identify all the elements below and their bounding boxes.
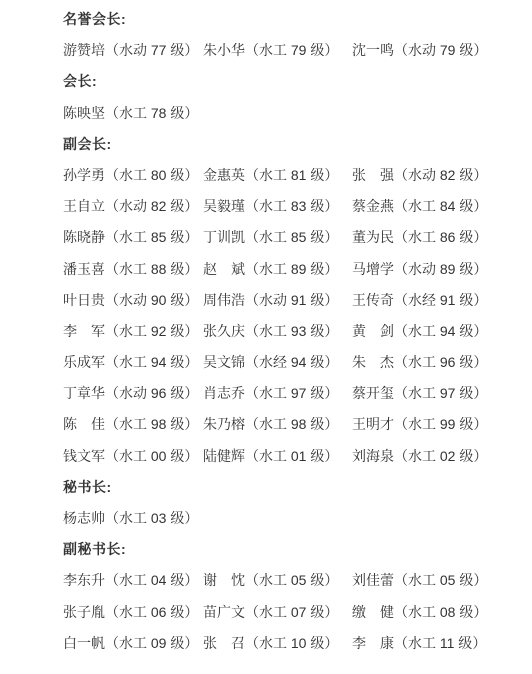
- paren-close: ）: [324, 416, 338, 432]
- paren-close: ）: [473, 572, 487, 588]
- member-class-year: 水工 99 级: [408, 416, 473, 432]
- member-class-year: 水工 93 级: [259, 323, 324, 339]
- paren-open: （: [394, 572, 408, 588]
- paren-open: （: [394, 261, 408, 277]
- member-class-year: 水工 02 级: [408, 448, 473, 464]
- officer-list-document: 名誉会长:游赞培（水动 77 级）朱小华（水工 79 级）沈一鸣（水动 79 级…: [0, 0, 532, 674]
- paren-close: ）: [473, 229, 487, 245]
- member-entry: 董为民（水工 86 级）: [352, 222, 514, 253]
- member-name: 朱乃榕: [203, 416, 245, 432]
- paren-close: ）: [324, 261, 338, 277]
- paren-open: （: [105, 42, 119, 58]
- paren-open: （: [105, 354, 119, 370]
- paren-close: ）: [324, 292, 338, 308]
- member-entry: 丁章华（水动 96 级）: [63, 378, 203, 409]
- member-name: 董为民: [352, 229, 394, 245]
- member-row: 游赞培（水动 77 级）朱小华（水工 79 级）沈一鸣（水动 79 级）: [63, 35, 514, 66]
- paren-close: ）: [324, 385, 338, 401]
- member-class-year: 水动 77 级: [119, 42, 184, 58]
- member-name: 黄 剑: [352, 323, 394, 339]
- member-class-year: 水工 06 级: [119, 604, 184, 620]
- member-name: 陈晓静: [63, 229, 105, 245]
- member-entry: 张 召（水工 10 级）: [203, 628, 352, 659]
- member-entry: 蔡金燕（水工 84 级）: [352, 191, 514, 222]
- member-class-year: 水工 97 级: [408, 385, 473, 401]
- member-entry: 李 军（水工 92 级）: [63, 316, 203, 347]
- paren-open: （: [245, 292, 259, 308]
- paren-open: （: [105, 292, 119, 308]
- member-name: 潘玉喜: [63, 261, 105, 277]
- member-name: 李 军: [63, 323, 105, 339]
- member-class-year: 水工 97 级: [259, 385, 324, 401]
- member-name: 马增学: [352, 261, 394, 277]
- member-row: 陈映坚（水工 78 级）: [63, 98, 514, 129]
- paren-open: （: [245, 448, 259, 464]
- member-class-year: 水工 11 级: [408, 635, 472, 651]
- section-heading: 副秘书长:: [63, 534, 514, 565]
- member-entry: 杨志帅（水工 03 级）: [63, 503, 203, 534]
- member-class-year: 水工 94 级: [408, 323, 473, 339]
- member-row: 陈晓静（水工 85 级）丁训凯（水工 85 级）董为民（水工 86 级）: [63, 222, 514, 253]
- paren-close: ）: [184, 385, 198, 401]
- member-name: 叶日贵: [63, 292, 105, 308]
- member-name: 陆健辉: [203, 448, 245, 464]
- member-class-year: 水工 85 级: [119, 229, 184, 245]
- paren-open: （: [245, 416, 259, 432]
- paren-close: ）: [324, 572, 338, 588]
- member-row: 丁章华（水动 96 级）肖志乔（水工 97 级）蔡开玺（水工 97 级）: [63, 378, 514, 409]
- paren-open: （: [394, 42, 408, 58]
- member-name: 肖志乔: [203, 385, 245, 401]
- paren-close: ）: [184, 604, 198, 620]
- paren-open: （: [245, 323, 259, 339]
- member-class-year: 水动 89 级: [408, 261, 473, 277]
- member-entry: 王明才（水工 99 级）: [352, 409, 514, 440]
- member-entry: 孙学勇（水工 80 级）: [63, 160, 203, 191]
- paren-close: ）: [324, 354, 338, 370]
- member-class-year: 水动 96 级: [119, 385, 184, 401]
- member-entry: 游赞培（水动 77 级）: [63, 35, 203, 66]
- member-class-year: 水工 92 级: [119, 323, 184, 339]
- paren-close: ）: [324, 167, 338, 183]
- member-name: 朱 杰: [352, 354, 394, 370]
- member-name: 刘海泉: [352, 448, 394, 464]
- member-name: 丁训凯: [203, 229, 245, 245]
- member-entry: 刘海泉（水工 02 级）: [352, 441, 514, 472]
- member-row: 潘玉喜（水工 88 级）赵 斌（水工 89 级）马增学（水动 89 级）: [63, 254, 514, 285]
- member-entry: 王传奇（水经 91 级）: [352, 285, 514, 316]
- paren-close: ）: [184, 635, 198, 651]
- member-name: 王明才: [352, 416, 394, 432]
- member-entry: 朱 杰（水工 96 级）: [352, 347, 514, 378]
- section-heading: 名誉会长:: [63, 4, 514, 35]
- paren-open: （: [105, 105, 119, 121]
- paren-close: ）: [184, 572, 198, 588]
- member-class-year: 水工 08 级: [408, 604, 473, 620]
- member-name: 沈一鸣: [352, 42, 394, 58]
- paren-open: （: [394, 448, 408, 464]
- member-name: 李 康: [352, 635, 394, 651]
- member-class-year: 水工 79 级: [259, 42, 324, 58]
- paren-open: （: [105, 323, 119, 339]
- member-name: 朱小华: [203, 42, 245, 58]
- member-name: 杨志帅: [63, 510, 105, 526]
- member-entry: 乐成军（水工 94 级）: [63, 347, 203, 378]
- paren-close: ）: [473, 323, 487, 339]
- member-entry: 陈映坚（水工 78 级）: [63, 98, 203, 129]
- paren-close: ）: [184, 510, 198, 526]
- member-entry: 沈一鸣（水动 79 级）: [352, 35, 514, 66]
- member-class-year: 水工 10 级: [259, 635, 324, 651]
- member-class-year: 水工 89 级: [259, 261, 324, 277]
- paren-close: ）: [184, 354, 198, 370]
- member-entry: 马增学（水动 89 级）: [352, 254, 514, 285]
- paren-open: （: [394, 292, 408, 308]
- member-row: 钱文军（水工 00 级）陆健辉（水工 01 级）刘海泉（水工 02 级）: [63, 441, 514, 472]
- member-name: 张久庆: [203, 323, 245, 339]
- paren-close: ）: [184, 198, 198, 214]
- member-entry: 金惠英（水工 81 级）: [203, 160, 352, 191]
- member-class-year: 水工 86 级: [408, 229, 473, 245]
- member-row: 杨志帅（水工 03 级）: [63, 503, 514, 534]
- member-class-year: 水工 84 级: [408, 198, 473, 214]
- section-heading: 秘书长:: [63, 472, 514, 503]
- paren-open: （: [245, 354, 259, 370]
- paren-close: ）: [184, 416, 198, 432]
- member-class-year: 水工 07 级: [259, 604, 324, 620]
- member-name: 赵 斌: [203, 261, 245, 277]
- member-class-year: 水工 94 级: [119, 354, 184, 370]
- member-entry: 吴毅瑾（水工 83 级）: [203, 191, 352, 222]
- member-entry: 张 强（水动 82 级）: [352, 160, 514, 191]
- member-entry: 李 康（水工 11 级）: [352, 628, 514, 659]
- member-class-year: 水经 91 级: [408, 292, 473, 308]
- member-name: 乐成军: [63, 354, 105, 370]
- section-heading: 副会长:: [63, 129, 514, 160]
- paren-open: （: [394, 323, 408, 339]
- paren-close: ）: [324, 198, 338, 214]
- member-class-year: 水工 05 级: [408, 572, 473, 588]
- section-heading: 会长:: [63, 66, 514, 97]
- member-class-year: 水工 04 级: [119, 572, 184, 588]
- member-entry: 赵 斌（水工 89 级）: [203, 254, 352, 285]
- paren-close: ）: [473, 42, 487, 58]
- paren-open: （: [394, 167, 408, 183]
- member-name: 丁章华: [63, 385, 105, 401]
- paren-open: （: [245, 635, 259, 651]
- paren-open: （: [245, 572, 259, 588]
- paren-close: ）: [324, 448, 338, 464]
- member-row: 张子胤（水工 06 级）苗广文（水工 07 级）缴 健（水工 08 级）: [63, 597, 514, 628]
- member-name: 陈映坚: [63, 105, 105, 121]
- member-entry: 缴 健（水工 08 级）: [352, 597, 514, 628]
- paren-close: ）: [324, 635, 338, 651]
- paren-close: ）: [184, 448, 198, 464]
- paren-close: ）: [184, 105, 198, 121]
- member-name: 吴文锦: [203, 354, 245, 370]
- member-entry: 苗广文（水工 07 级）: [203, 597, 352, 628]
- paren-open: （: [105, 635, 119, 651]
- member-entry: 王自立（水动 82 级）: [63, 191, 203, 222]
- paren-close: ）: [472, 635, 486, 651]
- member-name: 王传奇: [352, 292, 394, 308]
- member-class-year: 水工 96 级: [408, 354, 473, 370]
- paren-open: （: [105, 572, 119, 588]
- member-entry: 张久庆（水工 93 级）: [203, 316, 352, 347]
- member-class-year: 水工 78 级: [119, 105, 184, 121]
- member-entry: 吴文锦（水经 94 级）: [203, 347, 352, 378]
- paren-open: （: [394, 229, 408, 245]
- paren-close: ）: [473, 416, 487, 432]
- member-entry: 朱小华（水工 79 级）: [203, 35, 352, 66]
- paren-close: ）: [473, 604, 487, 620]
- member-name: 蔡开玺: [352, 385, 394, 401]
- paren-open: （: [394, 416, 408, 432]
- paren-open: （: [394, 354, 408, 370]
- member-name: 刘佳蕾: [352, 572, 394, 588]
- member-entry: 朱乃榕（水工 98 级）: [203, 409, 352, 440]
- paren-close: ）: [184, 167, 198, 183]
- member-entry: 叶日贵（水动 90 级）: [63, 285, 203, 316]
- paren-open: （: [105, 510, 119, 526]
- member-name: 钱文军: [63, 448, 105, 464]
- member-row: 叶日贵（水动 90 级）周伟浩（水动 91 级）王传奇（水经 91 级）: [63, 285, 514, 316]
- member-entry: 周伟浩（水动 91 级）: [203, 285, 352, 316]
- member-entry: 张子胤（水工 06 级）: [63, 597, 203, 628]
- member-row: 王自立（水动 82 级）吴毅瑾（水工 83 级）蔡金燕（水工 84 级）: [63, 191, 514, 222]
- member-name: 谢 忱: [203, 572, 245, 588]
- paren-open: （: [105, 416, 119, 432]
- paren-close: ）: [324, 604, 338, 620]
- member-entry: 陈 佳（水工 98 级）: [63, 409, 203, 440]
- paren-close: ）: [184, 323, 198, 339]
- member-name: 缴 健: [352, 604, 394, 620]
- paren-close: ）: [184, 229, 198, 245]
- member-name: 张 召: [203, 635, 245, 651]
- member-class-year: 水工 85 级: [259, 229, 324, 245]
- paren-close: ）: [324, 229, 338, 245]
- paren-close: ）: [324, 323, 338, 339]
- paren-open: （: [105, 604, 119, 620]
- paren-close: ）: [473, 354, 487, 370]
- paren-open: （: [245, 42, 259, 58]
- member-entry: 陆健辉（水工 01 级）: [203, 441, 352, 472]
- member-class-year: 水工 98 级: [259, 416, 324, 432]
- paren-open: （: [245, 167, 259, 183]
- member-entry: 刘佳蕾（水工 05 级）: [352, 565, 514, 596]
- paren-open: （: [245, 604, 259, 620]
- member-class-year: 水工 81 级: [259, 167, 324, 183]
- member-entry: 潘玉喜（水工 88 级）: [63, 254, 203, 285]
- member-class-year: 水工 05 级: [259, 572, 324, 588]
- member-row: 乐成军（水工 94 级）吴文锦（水经 94 级）朱 杰（水工 96 级）: [63, 347, 514, 378]
- paren-open: （: [394, 385, 408, 401]
- member-class-year: 水动 91 级: [259, 292, 324, 308]
- member-entry: 钱文军（水工 00 级）: [63, 441, 203, 472]
- member-class-year: 水工 01 级: [259, 448, 324, 464]
- member-class-year: 水工 03 级: [119, 510, 184, 526]
- paren-open: （: [105, 385, 119, 401]
- member-row: 李东升（水工 04 级）谢 忱（水工 05 级）刘佳蕾（水工 05 级）: [63, 565, 514, 596]
- member-name: 金惠英: [203, 167, 245, 183]
- paren-close: ）: [473, 385, 487, 401]
- member-entry: 蔡开玺（水工 97 级）: [352, 378, 514, 409]
- member-entry: 白一帆（水工 09 级）: [63, 628, 203, 659]
- member-row: 白一帆（水工 09 级）张 召（水工 10 级）李 康（水工 11 级）: [63, 628, 514, 659]
- member-class-year: 水经 94 级: [259, 354, 324, 370]
- paren-open: （: [105, 198, 119, 214]
- member-name: 蔡金燕: [352, 198, 394, 214]
- paren-close: ）: [473, 198, 487, 214]
- member-entry: 谢 忱（水工 05 级）: [203, 565, 352, 596]
- paren-open: （: [105, 229, 119, 245]
- paren-open: （: [105, 448, 119, 464]
- member-name: 孙学勇: [63, 167, 105, 183]
- paren-open: （: [105, 261, 119, 277]
- member-class-year: 水动 79 级: [408, 42, 473, 58]
- paren-open: （: [394, 198, 408, 214]
- member-row: 孙学勇（水工 80 级）金惠英（水工 81 级）张 强（水动 82 级）: [63, 160, 514, 191]
- member-class-year: 水工 88 级: [119, 261, 184, 277]
- member-class-year: 水工 98 级: [119, 416, 184, 432]
- paren-close: ）: [184, 42, 198, 58]
- member-name: 王自立: [63, 198, 105, 214]
- member-name: 苗广文: [203, 604, 245, 620]
- paren-close: ）: [324, 42, 338, 58]
- member-class-year: 水工 00 级: [119, 448, 184, 464]
- member-class-year: 水工 83 级: [259, 198, 324, 214]
- member-name: 吴毅瑾: [203, 198, 245, 214]
- member-class-year: 水工 09 级: [119, 635, 184, 651]
- paren-open: （: [394, 604, 408, 620]
- member-entry: 陈晓静（水工 85 级）: [63, 222, 203, 253]
- paren-open: （: [394, 635, 408, 651]
- paren-open: （: [105, 167, 119, 183]
- member-row: 李 军（水工 92 级）张久庆（水工 93 级）黄 剑（水工 94 级）: [63, 316, 514, 347]
- paren-close: ）: [184, 261, 198, 277]
- paren-close: ）: [473, 261, 487, 277]
- member-entry: 李东升（水工 04 级）: [63, 565, 203, 596]
- paren-close: ）: [473, 448, 487, 464]
- member-class-year: 水动 90 级: [119, 292, 184, 308]
- member-row: 陈 佳（水工 98 级）朱乃榕（水工 98 级）王明才（水工 99 级）: [63, 409, 514, 440]
- member-class-year: 水动 82 级: [119, 198, 184, 214]
- member-entry: 丁训凯（水工 85 级）: [203, 222, 352, 253]
- member-class-year: 水动 82 级: [408, 167, 473, 183]
- member-class-year: 水工 80 级: [119, 167, 184, 183]
- member-entry: 肖志乔（水工 97 级）: [203, 378, 352, 409]
- paren-open: （: [245, 198, 259, 214]
- member-name: 周伟浩: [203, 292, 245, 308]
- member-name: 张 强: [352, 167, 394, 183]
- paren-close: ）: [473, 292, 487, 308]
- member-name: 陈 佳: [63, 416, 105, 432]
- member-name: 游赞培: [63, 42, 105, 58]
- paren-open: （: [245, 229, 259, 245]
- paren-open: （: [245, 385, 259, 401]
- member-name: 张子胤: [63, 604, 105, 620]
- member-name: 白一帆: [63, 635, 105, 651]
- paren-close: ）: [184, 292, 198, 308]
- member-name: 李东升: [63, 572, 105, 588]
- paren-close: ）: [473, 167, 487, 183]
- member-entry: 黄 剑（水工 94 级）: [352, 316, 514, 347]
- paren-open: （: [245, 261, 259, 277]
